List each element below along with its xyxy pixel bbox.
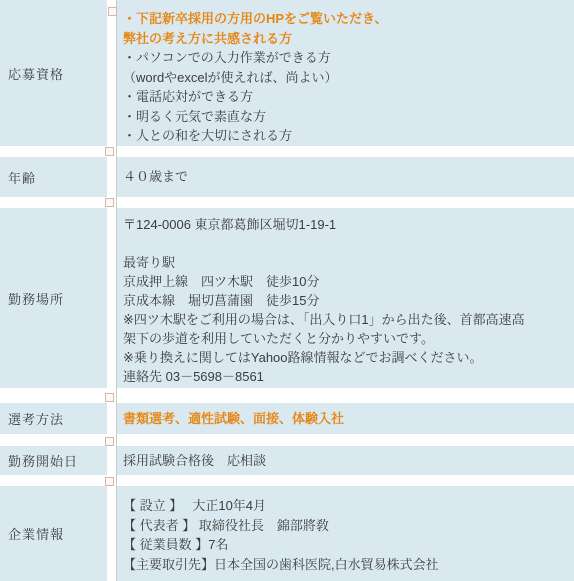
content-line: [123, 234, 570, 253]
job-posting-table: 応募資格 ・下記新卒採用の方用のHPをご覧いただき、弊社の考え方に共感される方・…: [0, 0, 574, 581]
content-line: 【 設立 】 大正10年4月: [123, 496, 570, 516]
spacer-marker: [105, 198, 114, 207]
content-line: ※四ツ木駅をご利用の場合は、「出入り口1」から出た後、首都高速高: [123, 310, 570, 329]
table-row: 企業情報 【 設立 】 大正10年4月【 代表者 】 取締役社長 錦部將敎【 従…: [0, 486, 574, 581]
content-line: 【主要取引先】日本全国の歯科医院,白水貿易株式会社: [123, 555, 570, 575]
table-row: 年齢 ４０歳まで: [0, 157, 574, 197]
content-line: 京成押上線 四ツ木駅 徒歩10分: [123, 272, 570, 291]
content-line: ・パソコンでの入力作業ができる方: [123, 48, 570, 68]
table-row: 勤務場所 〒124-0006 東京都葛飾区堀切1-19-1 最寄り駅京成押上線 …: [0, 208, 574, 388]
content-line: 【 従業員数 】7名: [123, 535, 570, 555]
content-line: 採用試験合格後 応相談: [123, 451, 266, 471]
row-content: ・下記新卒採用の方用のHPをご覧いただき、弊社の考え方に共感される方・パソコンで…: [117, 0, 574, 146]
row-label: 勤務場所: [0, 208, 107, 388]
table-row: 勤務開始日 採用試験合格後 応相談: [0, 446, 574, 475]
column-divider: [116, 0, 117, 581]
spacer-marker: [108, 7, 117, 16]
row-content: ４０歳まで: [117, 157, 574, 197]
content-line: 〒124-0006 東京都葛飾区堀切1-19-1: [123, 215, 570, 234]
row-content: 〒124-0006 東京都葛飾区堀切1-19-1 最寄り駅京成押上線 四ツ木駅 …: [117, 208, 574, 388]
content-line: 連絡先 03－5698－8561: [123, 367, 570, 386]
row-label: 応募資格: [0, 0, 107, 146]
row-label: 選考方法: [0, 403, 107, 434]
content-line-emphasis: ・下記新卒採用の方用のHPをご覧いただき、: [123, 9, 570, 29]
table-row: 応募資格 ・下記新卒採用の方用のHPをご覧いただき、弊社の考え方に共感される方・…: [0, 0, 574, 146]
row-label: 企業情報: [0, 486, 107, 581]
row-content: 採用試験合格後 応相談: [117, 446, 574, 475]
content-line-emphasis: 弊社の考え方に共感される方: [123, 29, 570, 49]
content-line-emphasis: 書類選考、適性試験、面接、体験入社: [123, 409, 344, 429]
content-line: ※乗り換えに関してはYahoo路線情報などでお調べください。: [123, 348, 570, 367]
spacer-marker: [105, 147, 114, 156]
content-line: ４０歳まで: [123, 167, 188, 187]
spacer-marker: [105, 393, 114, 402]
content-line: ・明るく元気で素直な方: [123, 107, 570, 127]
content-line: 【 代表者 】 取締役社長 錦部將敎: [123, 516, 570, 536]
content-line: 最寄り駅: [123, 253, 570, 272]
content-line: ・電話応対ができる方: [123, 87, 570, 107]
spacer-marker: [105, 477, 114, 486]
content-line: 架下の歩道を利用していただくと分かりやすいです。: [123, 329, 570, 348]
row-label: 年齢: [0, 157, 107, 197]
table-row: 選考方法 書類選考、適性試験、面接、体験入社: [0, 403, 574, 434]
content-line: ・人との和を大切にされる方: [123, 126, 570, 146]
row-content: 【 設立 】 大正10年4月【 代表者 】 取締役社長 錦部將敎【 従業員数 】…: [117, 486, 574, 581]
spacer-marker: [105, 437, 114, 446]
content-line: （wordやexcelが使えれば、尚よい）: [123, 68, 570, 88]
row-label: 勤務開始日: [0, 446, 107, 475]
content-line: 京成本線 堀切菖蒲園 徒歩15分: [123, 291, 570, 310]
row-content: 書類選考、適性試験、面接、体験入社: [117, 403, 574, 434]
